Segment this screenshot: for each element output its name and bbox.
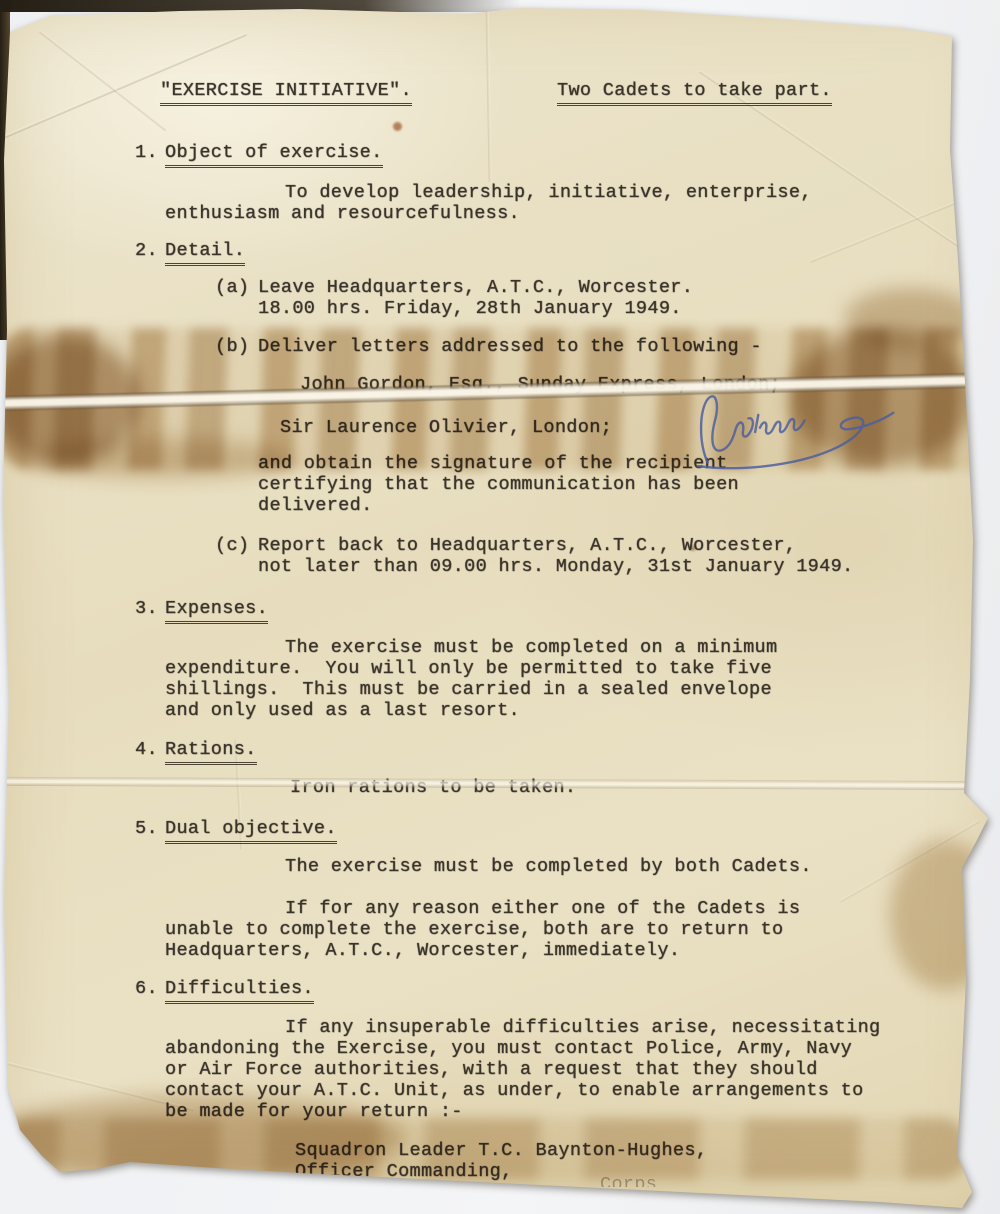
text-line: Headquarters, A.T.C., Worcester, immedia… — [0, 940, 980, 961]
section-1-heading: 1.Object of exercise. — [0, 142, 980, 163]
olivier-signature-ink — [686, 381, 902, 476]
section-number: 6. — [135, 978, 165, 999]
item-label: (c) — [215, 535, 258, 556]
text-line: enthusiasm and resourcefulness. — [0, 203, 980, 224]
section-number: 5. — [135, 818, 165, 839]
text-line: shillings. This must be carried in a sea… — [0, 679, 980, 700]
document-title-row: "EXERCISE INITIATIVE". Two Cadets to tak… — [0, 80, 980, 101]
text-line: To develop leadership, initiative, enter… — [0, 182, 980, 203]
item-text: Report back to Headquarters, A.T.C., Wor… — [258, 535, 796, 556]
text-line: not later than 09.00 hrs. Monday, 31st J… — [0, 556, 980, 577]
section-heading-text: Object of exercise. — [165, 142, 383, 168]
stain-blob — [890, 840, 1000, 990]
text-line: The exercise must be completed on a mini… — [0, 637, 980, 658]
section-4-heading: 4.Rations. — [0, 739, 980, 760]
stain-blob — [845, 288, 975, 348]
text-line: unable to complete the exercise, both ar… — [0, 919, 980, 940]
section-number: 1. — [135, 142, 165, 163]
section-number: 4. — [135, 739, 165, 760]
stain-blob — [0, 1095, 405, 1180]
section-6-heading: 6.Difficulties. — [0, 978, 980, 999]
section-3-heading: 3.Expenses. — [0, 598, 980, 619]
document-scan: "EXERCISE INITIATIVE". Two Cadets to tak… — [0, 0, 1000, 1214]
stain-blob — [25, 438, 295, 480]
title-right: Two Cadets to take part. — [557, 80, 832, 106]
section-heading-text: Difficulties. — [165, 978, 314, 1004]
text-line: delivered. — [0, 495, 980, 516]
text-line: 18.00 hrs. Friday, 28th January 1949. — [0, 298, 980, 319]
item-label: (a) — [215, 277, 258, 298]
text-line: expenditure. You will only be permitted … — [0, 658, 980, 679]
text-line: If for any reason either one of the Cade… — [0, 898, 980, 919]
list-item-a: (a)Leave Headquarters, A.T.C., Worcester… — [0, 277, 980, 298]
paper-wrap: "EXERCISE INITIATIVE". Two Cadets to tak… — [0, 0, 1000, 1214]
text-line: The exercise must be completed by both C… — [0, 856, 980, 877]
rust-spot — [393, 122, 402, 131]
list-item-c: (c)Report back to Headquarters, A.T.C., … — [0, 535, 980, 556]
rust-spot — [690, 545, 696, 551]
paper-sheet: "EXERCISE INITIATIVE". Two Cadets to tak… — [0, 0, 1000, 1214]
section-5-heading: 5.Dual objective. — [0, 818, 980, 839]
section-heading-text: Dual objective. — [165, 818, 337, 844]
section-number: 3. — [135, 598, 165, 619]
section-2-heading: 2.Detail. — [0, 240, 980, 261]
section-heading-text: Rations. — [165, 739, 257, 765]
item-text: Leave Headquarters, A.T.C., Worcester. — [258, 277, 693, 298]
section-number: 2. — [135, 240, 165, 261]
text-line: If any insuperable difficulties arise, n… — [0, 1017, 980, 1038]
section-heading-text: Detail. — [165, 240, 245, 266]
text-line: abandoning the Exercise, you must contac… — [0, 1038, 980, 1059]
text-line: and only used as a last resort. — [0, 700, 980, 721]
section-heading-text: Expenses. — [165, 598, 268, 624]
title-left: "EXERCISE INITIATIVE". — [160, 80, 412, 106]
text-line: or Air Force authorities, with a request… — [0, 1059, 980, 1080]
